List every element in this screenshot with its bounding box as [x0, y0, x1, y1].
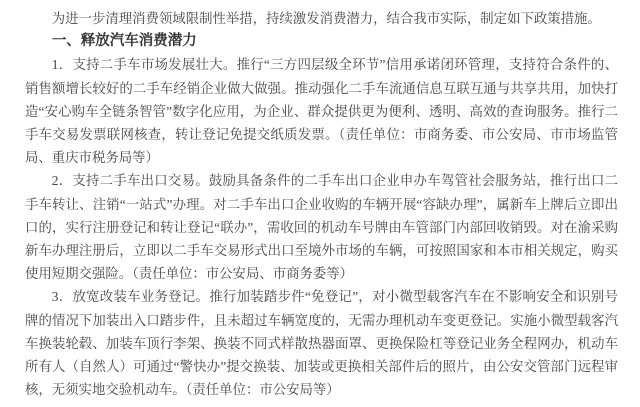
policy-document: 为进一步清理消费领域限制性举措，持续激发消费潜力，结合我市实际，制定如下政策措施…: [0, 0, 640, 407]
intro-paragraph: 为进一步清理消费领域限制性举措，持续激发消费潜力，结合我市实际，制定如下政策措施…: [25, 7, 618, 30]
policy-paragraph-1: 1．支持二手车市场发展壮大。推行“三方四层级全环节”信用承诺闭环管理，支持符合条…: [25, 53, 618, 169]
section-heading: 一、释放汽车消费潜力: [25, 30, 618, 53]
policy-paragraph-3: 3．放宽改装车业务登记。推行加装踏步件“免登记”，对小微型载客汽车在不影响安全和…: [25, 285, 618, 401]
policy-paragraph-2: 2．支持二手车出口交易。鼓励具备条件的二手车出口企业申办车驾管社会服务站，推行出…: [25, 169, 618, 285]
